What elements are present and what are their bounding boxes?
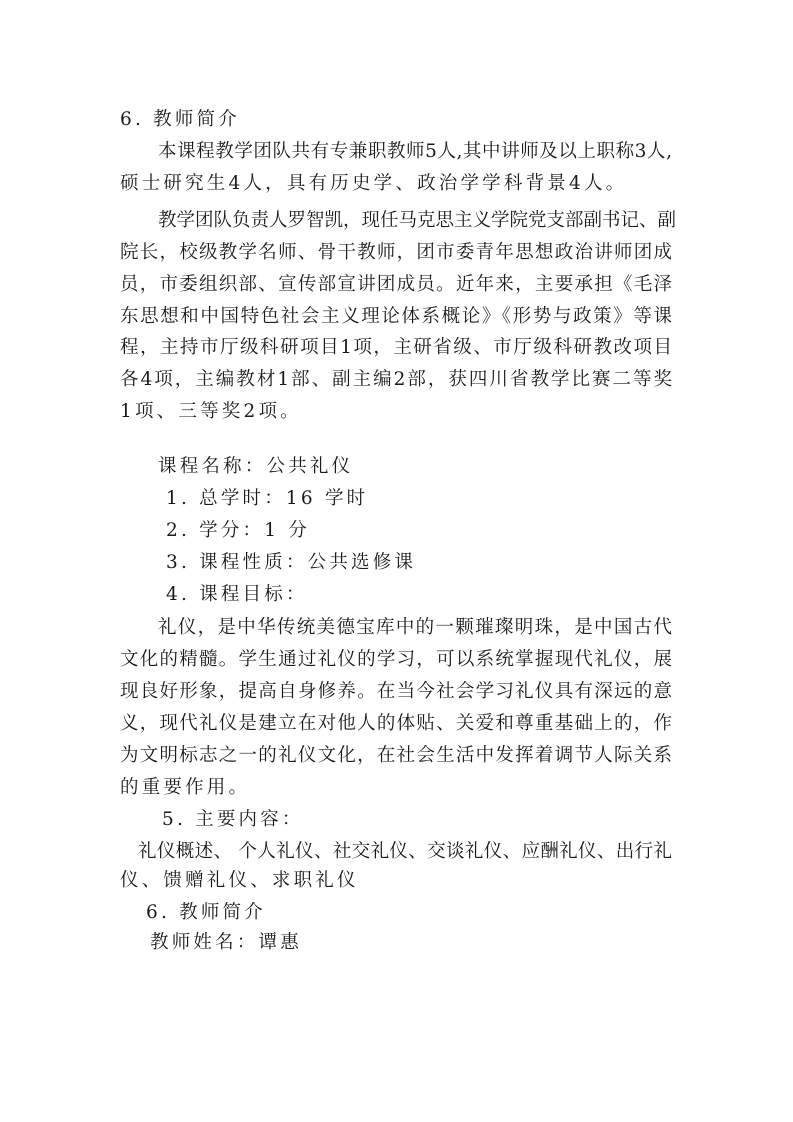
teacher-intro-heading: 6. 教师简介 bbox=[146, 901, 706, 925]
leader-paragraph-line-4: 东思想和中国特色社会主义理论体系概论》《形势与政策》等课 bbox=[120, 305, 672, 329]
leader-paragraph-line-1: 教学团队负责人罗智凯，现任马克思主义学院党支部副书记、副 bbox=[158, 209, 672, 233]
course-nature: 3. 课程性质：公共选修课 bbox=[166, 551, 726, 575]
teacher-name: 教师姓名：谭惠 bbox=[150, 931, 710, 955]
leader-paragraph-line-5: 程，主持市厅级科研项目1项，主研省级、市厅级科研教改项目 bbox=[120, 336, 672, 360]
course-goal-line-4: 义，现代礼仪是建立在对他人的体贴、关爱和尊重基础上的，作 bbox=[120, 712, 672, 736]
section-heading-teacher-intro: 6. 教师简介 bbox=[120, 108, 680, 132]
leader-paragraph-line-2: 院长，校级教学名师、骨干教师，团市委青年思想政治讲师团成 bbox=[120, 241, 672, 265]
course-goal-line-3: 现良好形象，提高自身修养。在当今社会学习礼仪具有深远的意 bbox=[120, 680, 672, 704]
course-total-hours: 1. 总学时：16 学时 bbox=[166, 487, 726, 511]
team-paragraph-line-1: 本课程教学团队共有专兼职教师5人,其中讲师及以上职称3人, bbox=[158, 140, 672, 164]
leader-paragraph-line-3: 员，市委组织部、宣传部宣讲团成员。近年来，主要承担《毛泽 bbox=[120, 273, 672, 297]
leader-paragraph-line-6: 各4项，主编教材1部、副主编2部，获四川省教学比赛二等奖 bbox=[120, 368, 672, 392]
main-content-line-1: 礼仪概述、 个人礼仪、社交礼仪、交谈礼仪、应酬礼仪、出行礼 bbox=[138, 840, 672, 864]
main-content-heading: 5. 主要内容： bbox=[162, 808, 722, 832]
course-credits: 2. 学分：1 分 bbox=[166, 519, 726, 543]
team-paragraph-line-2: 硕士研究生4人，具有历史学、政治学学科背景4人。 bbox=[120, 172, 680, 196]
course-goal-line-2: 文化的精髓。学生通过礼仪的学习，可以系统掌握现代礼仪，展 bbox=[120, 648, 672, 672]
course-goal-line-1: 礼仪，是中华传统美德宝库中的一颗璀璨明珠，是中国古代 bbox=[158, 616, 672, 640]
leader-paragraph-line-7: 1项、三等奖2项。 bbox=[120, 400, 680, 424]
course-goal-heading: 4. 课程目标： bbox=[166, 583, 726, 607]
main-content-line-2: 仪、馈赠礼仪、求职礼仪 bbox=[120, 869, 680, 893]
course-goal-line-6: 的重要作用。 bbox=[120, 776, 680, 800]
course-name: 课程名称：公共礼仪 bbox=[158, 455, 718, 479]
course-goal-line-5: 为文明标志之一的礼仪文化，在社会生活中发挥着调节人际关系 bbox=[120, 744, 672, 768]
